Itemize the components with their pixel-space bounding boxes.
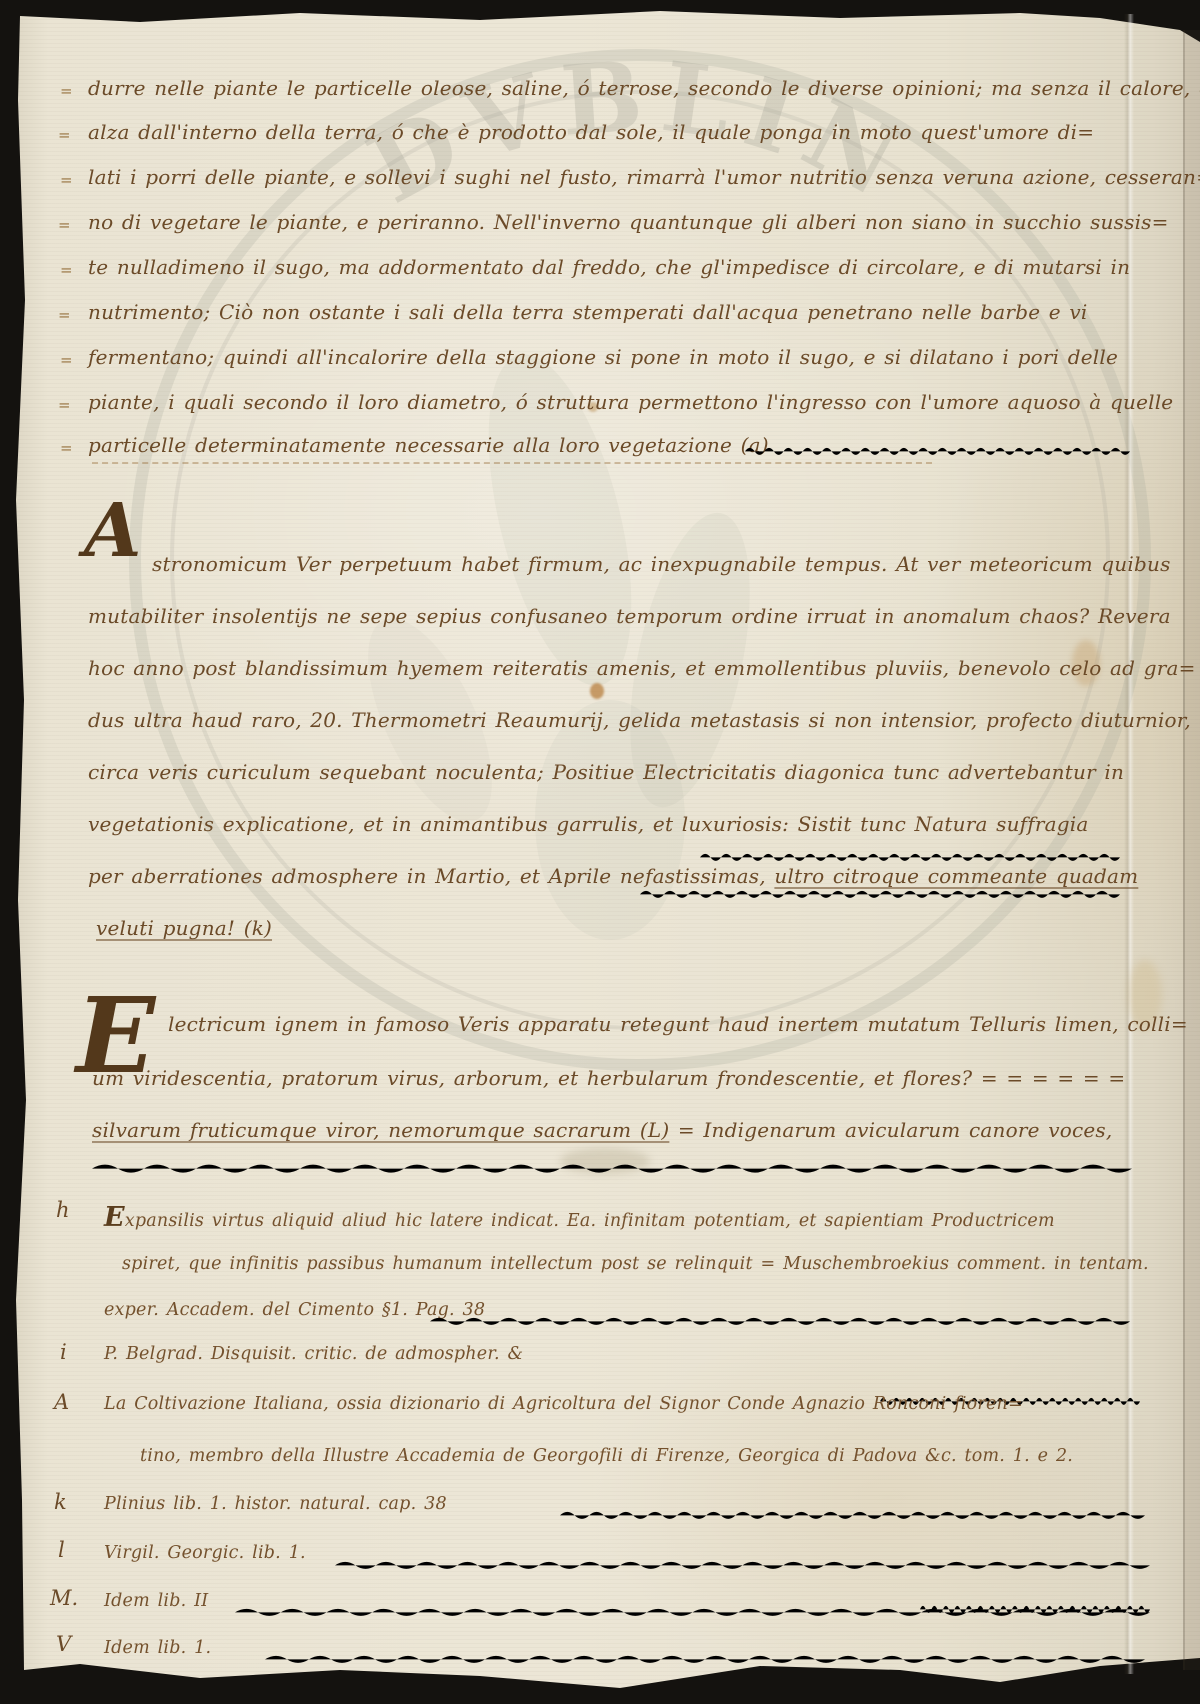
manuscript-line: dus ultra haud raro, 20. Thermometri Rea… xyxy=(88,708,1191,732)
manuscript-line: veluti pugna! (k) xyxy=(96,916,272,940)
bleed-through-line xyxy=(700,848,1120,862)
footnote-marker-i: i xyxy=(60,1340,67,1364)
footnote-line: Plinius lib. 1. histor. natural. cap. 38 xyxy=(104,1494,447,1514)
footnote-line: spiret, que infinitis passibus humanum i… xyxy=(122,1254,1149,1274)
manuscript-line: te nulladimeno il sugo, ma addormentato … xyxy=(88,255,1130,279)
margin-mark: = xyxy=(60,82,72,100)
footnote-line: Virgil. Georgic. lib. 1. xyxy=(104,1543,306,1563)
footnote-line: La Coltivazione Italiana, ossia dizionar… xyxy=(104,1394,1023,1414)
manuscript-line: piante, i quali secondo il loro diametro… xyxy=(88,390,1173,414)
manuscript-line: alza dall'interno della terra, ó che è p… xyxy=(88,120,1094,144)
manuscript-line: fermentano; quindi all'incalorire della … xyxy=(88,345,1118,369)
flourish-squiggle xyxy=(235,1603,1150,1617)
margin-mark: = xyxy=(60,261,72,279)
footnote-marker-k: k xyxy=(54,1490,67,1514)
manuscript-line: lectricum ignem in famoso Veris apparatu… xyxy=(168,1012,1188,1036)
manuscript-line: vegetationis explicatione, et in animant… xyxy=(88,812,1089,836)
flourish-squiggle xyxy=(335,1556,1150,1570)
margin-mark: = xyxy=(58,396,70,414)
manuscript-line: mutabiliter insolentijs ne sepe sepius c… xyxy=(88,604,1171,628)
manuscript-line: nutrimento; Ciò non ostante i sali della… xyxy=(88,300,1087,324)
line-text: xpansilis virtus aliquid aliud hic later… xyxy=(125,1211,1055,1231)
flourish-squiggle xyxy=(560,1506,1145,1520)
footnote-line: exper. Accadem. del Cimento §1. Pag. 38 xyxy=(104,1300,485,1320)
margin-mark: = xyxy=(60,351,72,369)
underlined-text: silvarum fruticumque viror, nemorumque s… xyxy=(92,1118,669,1142)
footnote-marker-V: V xyxy=(56,1632,71,1656)
adjacent-page-sliver xyxy=(1185,30,1200,1670)
manuscript-scan: DVBLIN = = = = = = = = = durre nelle pia… xyxy=(0,0,1200,1704)
manuscript-line: per aberrationes admosphere in Martio, e… xyxy=(88,864,1138,888)
underlined-text: ultro citroque commeante quadam xyxy=(774,864,1138,888)
drop-cap-A: A xyxy=(84,500,141,563)
flourish-squiggle xyxy=(745,442,1130,456)
flourish-squiggle xyxy=(265,1650,1145,1664)
footnote-marker-M: M. xyxy=(50,1586,78,1610)
manuscript-line: circa veris curiculum sequebant noculent… xyxy=(88,760,1124,784)
flourish-squiggle xyxy=(92,1158,1132,1174)
footnote-marker-A: A xyxy=(54,1390,69,1414)
footnote-line: tino, membro della Illustre Accademia de… xyxy=(140,1446,1073,1466)
margin-mark: = xyxy=(58,126,70,144)
manuscript-line: durre nelle piante le particelle oleose,… xyxy=(88,76,1200,100)
margin-mark: = xyxy=(60,171,72,189)
footnote-line: Expansilis virtus aliquid aliud hic late… xyxy=(104,1202,1055,1233)
footnote-line: Idem lib. II xyxy=(104,1591,208,1611)
footnote-line: P. Belgrad. Disquisit. critic. de admosp… xyxy=(104,1344,523,1364)
footnote-marker-h: h xyxy=(56,1198,70,1222)
footnote-initial: E xyxy=(104,1202,125,1233)
margin-mark: = xyxy=(58,306,70,324)
manuscript-line: silvarum fruticumque viror, nemorumque s… xyxy=(92,1118,1112,1142)
manuscript-line: particelle determinatamente necessarie a… xyxy=(88,433,769,457)
manuscript-line: lati i porri delle piante, e sollevi i s… xyxy=(88,165,1200,189)
margin-mark: = xyxy=(58,216,70,234)
manuscript-line: stronomicum Ver perpetuum habet firmum, … xyxy=(152,552,1171,576)
line-text: per aberrationes admosphere in Martio, e… xyxy=(88,864,774,888)
footnote-line: Idem lib. 1. xyxy=(104,1638,211,1658)
footnote-marker-l: l xyxy=(58,1538,65,1562)
manuscript-line: no di vegetare le piante, e periranno. N… xyxy=(88,210,1169,234)
manuscript-line: hoc anno post blandissimum hyemem reiter… xyxy=(88,656,1196,680)
manuscript-line: um viridescentia, pratorum virus, arboru… xyxy=(92,1066,1125,1090)
margin-mark: = xyxy=(60,439,72,457)
line-text: = Indigenarum avicularum canore voces, xyxy=(669,1118,1112,1142)
flourish-squiggle xyxy=(430,1312,1130,1326)
dashed-underline xyxy=(92,462,932,464)
